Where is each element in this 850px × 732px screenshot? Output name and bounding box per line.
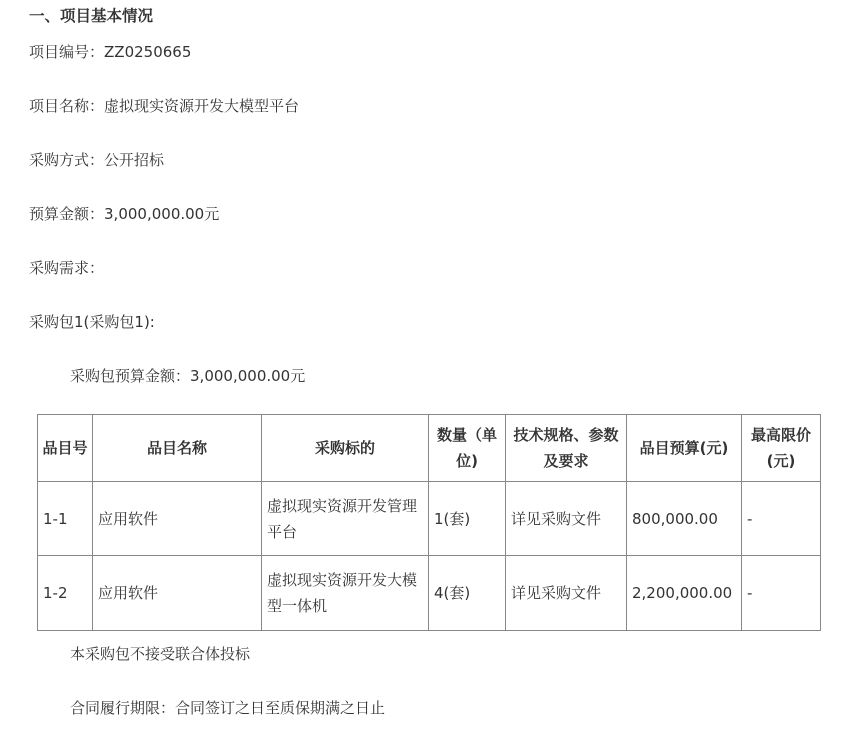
consortium-note: 本采购包不接受联合体投标 (70, 644, 250, 664)
field-value: 虚拟现实资源开发大模型平台 (104, 97, 299, 115)
cell-item-budget: 2,200,000.00 (627, 556, 742, 631)
cell-quantity: 1(套) (429, 482, 506, 556)
table-row: 1-2 应用软件 虚拟现实资源开发大模型一体机 4(套) 详见采购文件 2,20… (38, 556, 821, 631)
cell-subject: 虚拟现实资源开发大模型一体机 (262, 556, 429, 631)
header-quantity: 数量（单位) (429, 415, 506, 482)
field-label: 项目名称： (29, 97, 104, 115)
field-value: ZZ0250665 (104, 43, 191, 61)
contract-period: 合同履行期限：合同签订之日至质保期满之日止 (70, 698, 385, 718)
package-title: 采购包1(采购包1): (29, 312, 155, 332)
field-value: 3,000,000.00元 (104, 205, 219, 223)
cell-specs: 详见采购文件 (506, 482, 627, 556)
cell-quantity: 4(套) (429, 556, 506, 631)
cell-item-name: 应用软件 (93, 556, 262, 631)
field-label: 采购方式： (29, 151, 104, 169)
field-project-number: 项目编号：ZZ0250665 (29, 42, 191, 62)
cell-max-price: - (742, 556, 821, 631)
package-budget: 采购包预算金额：3,000,000.00元 (70, 366, 305, 386)
cell-max-price: - (742, 482, 821, 556)
package-budget-label: 采购包预算金额： (70, 367, 190, 385)
table-header-row: 品目号 品目名称 采购标的 数量（单位) 技术规格、参数及要求 品目预算(元) … (38, 415, 821, 482)
package-budget-value: 3,000,000.00元 (190, 367, 305, 385)
field-project-name: 项目名称：虚拟现实资源开发大模型平台 (29, 96, 299, 116)
contract-period-value: 合同签订之日至质保期满之日止 (175, 699, 385, 717)
field-label: 项目编号： (29, 43, 104, 61)
header-specs: 技术规格、参数及要求 (506, 415, 627, 482)
header-item-no: 品目号 (38, 415, 93, 482)
cell-item-budget: 800,000.00 (627, 482, 742, 556)
field-value: 公开招标 (104, 151, 164, 169)
cell-item-no: 1-2 (38, 556, 93, 631)
contract-period-label: 合同履行期限： (70, 699, 175, 717)
header-item-name: 品目名称 (93, 415, 262, 482)
cell-item-no: 1-1 (38, 482, 93, 556)
section-title: 一、项目基本情况 (29, 6, 153, 26)
field-label: 预算金额： (29, 205, 104, 223)
table-row: 1-1 应用软件 虚拟现实资源开发管理平台 1(套) 详见采购文件 800,00… (38, 482, 821, 556)
cell-specs: 详见采购文件 (506, 556, 627, 631)
items-table: 品目号 品目名称 采购标的 数量（单位) 技术规格、参数及要求 品目预算(元) … (37, 414, 821, 631)
field-budget: 预算金额：3,000,000.00元 (29, 204, 219, 224)
header-item-budget: 品目预算(元) (627, 415, 742, 482)
cell-subject: 虚拟现实资源开发管理平台 (262, 482, 429, 556)
field-label: 采购需求： (29, 259, 104, 277)
cell-item-name: 应用软件 (93, 482, 262, 556)
field-requirements: 采购需求： (29, 258, 104, 278)
header-max-price: 最高限价(元) (742, 415, 821, 482)
field-procurement-method: 采购方式：公开招标 (29, 150, 164, 170)
header-subject: 采购标的 (262, 415, 429, 482)
